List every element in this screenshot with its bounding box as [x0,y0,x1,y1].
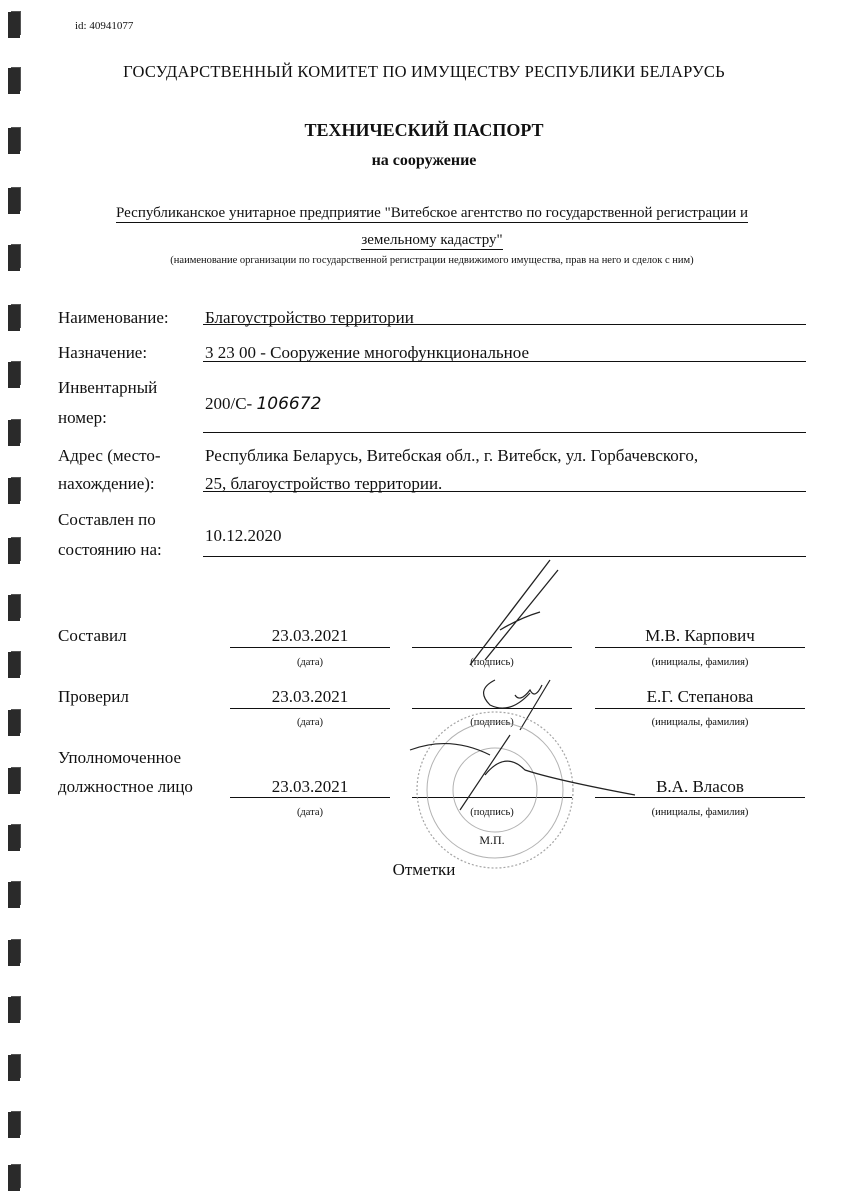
compiled-by-date: 23.03.2021 [230,626,390,646]
binding-mark [8,768,20,794]
signatures-and-stamp [400,540,660,880]
authorized-label-line1: Уполномоченное [58,744,181,772]
seal-mark: М.П. [412,833,572,848]
binding-mark [8,1055,20,1081]
binding-mark [8,710,20,736]
binding-mark [8,12,20,38]
binding-mark [8,940,20,966]
organization-caption: (наименование организации по государстве… [62,255,802,266]
binding-mark [8,652,20,678]
authorized-date: 23.03.2021 [230,777,390,797]
binding-mark [8,362,20,388]
committee-heading: ГОСУДАРСТВЕННЫЙ КОМИТЕТ ПО ИМУЩЕСТВУ РЕС… [0,62,848,82]
inventory-prefix: 200/С- [205,394,252,413]
binding-mark [8,538,20,564]
binding-mark [8,305,20,331]
date-caption: (дата) [230,717,390,728]
binding-mark [8,478,20,504]
binding-mark [8,595,20,621]
purpose-value: 3 23 00 - Сооружение многофункциональное [205,339,529,367]
binding-mark [8,997,20,1023]
binding-mark [8,882,20,908]
authorized-date-underline [230,797,390,798]
address-label-line2: нахождение): [58,470,155,498]
compiled-by-date-underline [230,647,390,648]
purpose-underline [203,361,806,362]
date-caption: (дата) [230,807,390,818]
inventory-label-line2: номер: [58,404,107,432]
date-caption: (дата) [230,657,390,668]
organization-name-line2: земельному кадастру" [62,232,802,249]
compiled-by-label: Составил [58,622,127,650]
document-id: id: 40941077 [75,20,133,32]
binding-mark [8,825,20,851]
inventory-handwritten-number: 106672 [256,394,321,414]
checked-by-date-underline [230,708,390,709]
as-of-label-line2: состоянию на: [58,536,162,564]
authorized-label-line2: должностное лицо [58,773,193,801]
page-subtitle: на сооружение [0,152,848,170]
name-label: Наименование: [58,304,169,332]
purpose-label: Назначение: [58,339,147,367]
binding-mark [8,1165,20,1191]
organization-name-line1: Республиканское унитарное предприятие "В… [62,205,802,222]
address-value-line1: Республика Беларусь, Витебская обл., г. … [205,442,698,470]
checked-by-date: 23.03.2021 [230,687,390,707]
inventory-value: 200/С- 106672 [205,390,321,418]
as-of-value: 10.12.2020 [205,522,282,550]
address-underline [203,491,806,492]
inventory-label-line1: Инвентарный [58,374,157,402]
inventory-underline [203,432,806,433]
binding-mark [8,245,20,271]
address-value-line2: 25, благоустройство территории. [205,470,442,498]
marks-heading: Отметки [0,860,848,880]
binding-mark [8,1112,20,1138]
name-underline [203,324,806,325]
binding-mark [8,420,20,446]
name-value: Благоустройство территории [205,304,414,332]
page-title: ТЕХНИЧЕСКИЙ ПАСПОРТ [0,120,848,141]
checked-by-label: Проверил [58,683,129,711]
address-label-line1: Адрес (место- [58,442,161,470]
binding-mark [8,188,20,214]
as-of-label-line1: Составлен по [58,506,156,534]
